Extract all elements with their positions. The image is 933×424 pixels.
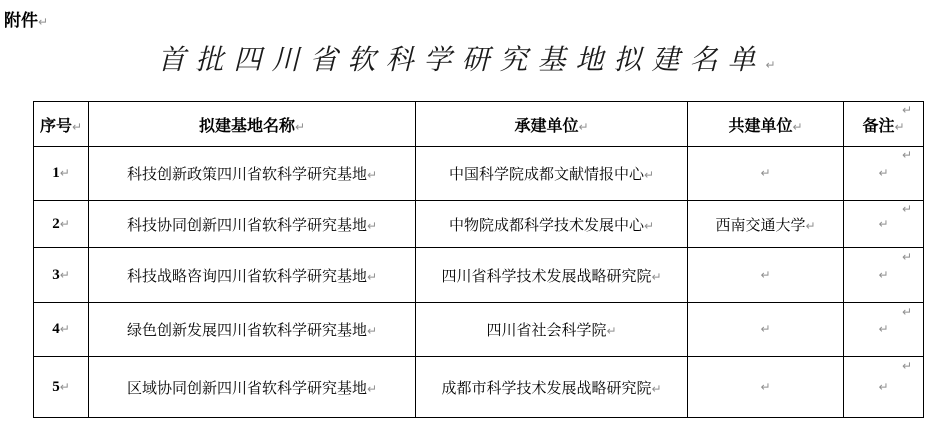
row-end-mark-icon: ↵ [902,148,922,162]
header-cell-co-builder: 共建单位↵ [688,102,844,147]
cell-builder: 四川省社会科学院↵ [416,303,688,357]
row-end-mark-icon: ↵ [902,202,922,216]
cell-text: 2 [52,216,60,232]
cell-text: 科技创新政策四川省软科学研究基地 [127,167,367,183]
header-text: 备注 [862,118,894,135]
cell-builder: 中国科学院成都文献情报中心↵ [416,147,688,201]
cell-no: 3↵ [34,248,89,303]
cell-text: 四川省社会科学院 [486,323,606,339]
paragraph-mark-icon: ↵ [367,324,377,338]
cell-text: 成都市科学技术发展战略研究院 [441,381,651,397]
cell-co-builder: ↵ [688,303,844,357]
paragraph-mark-icon: ↵ [578,120,588,134]
paragraph-mark-icon: ↵ [60,217,70,231]
paragraph-mark-icon: ↵ [367,382,377,396]
paragraph-mark-icon: ↵ [72,120,82,134]
paragraph-mark-icon: ↵ [894,120,904,134]
paragraph-mark-icon: ↵ [760,268,770,282]
cell-co-builder: 西南交通大学↵ [688,201,844,248]
cell-no: 4↵ [34,303,89,357]
paragraph-mark-icon: ↵ [60,166,70,180]
cell-text: 西南交通大学 [715,218,805,234]
cell-text: 1 [52,165,60,181]
cell-text: 科技战略咨询四川省软科学研究基地 [127,269,367,285]
paragraph-mark-icon: ↵ [878,322,888,336]
paragraph-mark-icon: ↵ [60,322,70,336]
row-end-mark-icon: ↵ [902,305,922,319]
row-end-mark-icon: ↵ [902,103,922,117]
paragraph-mark-icon: ↵ [651,382,661,396]
paragraph-mark-icon: ↵ [878,380,888,394]
cell-base-name: 绿色创新发展四川省软科学研究基地↵ [89,303,416,357]
cell-text: 科技协同创新四川省软科学研究基地 [127,218,367,234]
table-row: 5↵ 区域协同创新四川省软科学研究基地↵ 成都市科学技术发展战略研究院↵ ↵ ↵ [34,357,924,418]
cell-builder: 成都市科学技术发展战略研究院↵ [416,357,688,418]
document-title-text: 首批四川省软科学研究基地拟建名单 [157,43,765,76]
cell-text: 中物院成都科学技术发展中心 [449,218,644,234]
cell-text: 5 [52,379,60,395]
cell-base-name: 区域协同创新四川省软科学研究基地↵ [89,357,416,418]
paragraph-mark-icon: ↵ [606,324,616,338]
paragraph-mark-icon: ↵ [38,15,48,29]
paragraph-mark-icon: ↵ [765,58,775,72]
cell-no: 5↵ [34,357,89,418]
table-row: 4↵ 绿色创新发展四川省软科学研究基地↵ 四川省社会科学院↵ ↵ ↵ [34,303,924,357]
paragraph-mark-icon: ↵ [367,168,377,182]
paragraph-mark-icon: ↵ [644,219,654,233]
header-text: 序号 [40,118,72,135]
cell-base-name: 科技协同创新四川省软科学研究基地↵ [89,201,416,248]
cell-text: 绿色创新发展四川省软科学研究基地 [127,323,367,339]
attachment-text: 附件 [4,11,38,30]
cell-no: 1↵ [34,147,89,201]
table-row: 2↵ 科技协同创新四川省软科学研究基地↵ 中物院成都科学技术发展中心↵ 西南交通… [34,201,924,248]
paragraph-mark-icon: ↵ [295,120,305,134]
paragraph-mark-icon: ↵ [760,166,770,180]
paragraph-mark-icon: ↵ [60,380,70,394]
cell-no: 2↵ [34,201,89,248]
bases-table: 序号↵ 拟建基地名称↵ 承建单位↵ 共建单位↵ 备注↵ 1↵ 科技创新政策四川省… [33,101,924,418]
attachment-label: 附件↵ [4,6,48,31]
cell-co-builder: ↵ [688,357,844,418]
row-end-mark-icon: ↵ [902,250,922,264]
paragraph-mark-icon: ↵ [878,268,888,282]
cell-builder: 四川省科学技术发展战略研究院↵ [416,248,688,303]
paragraph-mark-icon: ↵ [760,322,770,336]
cell-text: 区域协同创新四川省软科学研究基地 [127,381,367,397]
header-text: 承建单位 [514,118,578,135]
header-cell-builder: 承建单位↵ [416,102,688,147]
cell-text: 4 [52,321,60,337]
header-text: 拟建基地名称 [199,118,295,135]
row-end-mark-icon: ↵ [902,359,922,373]
table-header-row: 序号↵ 拟建基地名称↵ 承建单位↵ 共建单位↵ 备注↵ [34,102,924,147]
document-page: { "page": { "attachment_label": "附件", "t… [0,0,933,424]
paragraph-mark-icon: ↵ [805,219,815,233]
cell-base-name: 科技创新政策四川省软科学研究基地↵ [89,147,416,201]
paragraph-mark-icon: ↵ [792,120,802,134]
cell-base-name: 科技战略咨询四川省软科学研究基地↵ [89,248,416,303]
cell-co-builder: ↵ [688,248,844,303]
document-title: 首批四川省软科学研究基地拟建名单↵ [0,38,933,78]
table-row: 3↵ 科技战略咨询四川省软科学研究基地↵ 四川省科学技术发展战略研究院↵ ↵ ↵ [34,248,924,303]
cell-builder: 中物院成都科学技术发展中心↵ [416,201,688,248]
cell-text: 四川省科学技术发展战略研究院 [441,269,651,285]
paragraph-mark-icon: ↵ [644,168,654,182]
paragraph-mark-icon: ↵ [878,217,888,231]
header-cell-base-name: 拟建基地名称↵ [89,102,416,147]
paragraph-mark-icon: ↵ [367,219,377,233]
table-row: 1↵ 科技创新政策四川省软科学研究基地↵ 中国科学院成都文献情报中心↵ ↵ ↵ [34,147,924,201]
paragraph-mark-icon: ↵ [878,166,888,180]
cell-text: 中国科学院成都文献情报中心 [449,167,644,183]
paragraph-mark-icon: ↵ [651,270,661,284]
paragraph-mark-icon: ↵ [367,270,377,284]
paragraph-mark-icon: ↵ [760,380,770,394]
header-cell-no: 序号↵ [34,102,89,147]
cell-text: 3 [52,267,60,283]
paragraph-mark-icon: ↵ [60,268,70,282]
header-text: 共建单位 [728,118,792,135]
cell-co-builder: ↵ [688,147,844,201]
